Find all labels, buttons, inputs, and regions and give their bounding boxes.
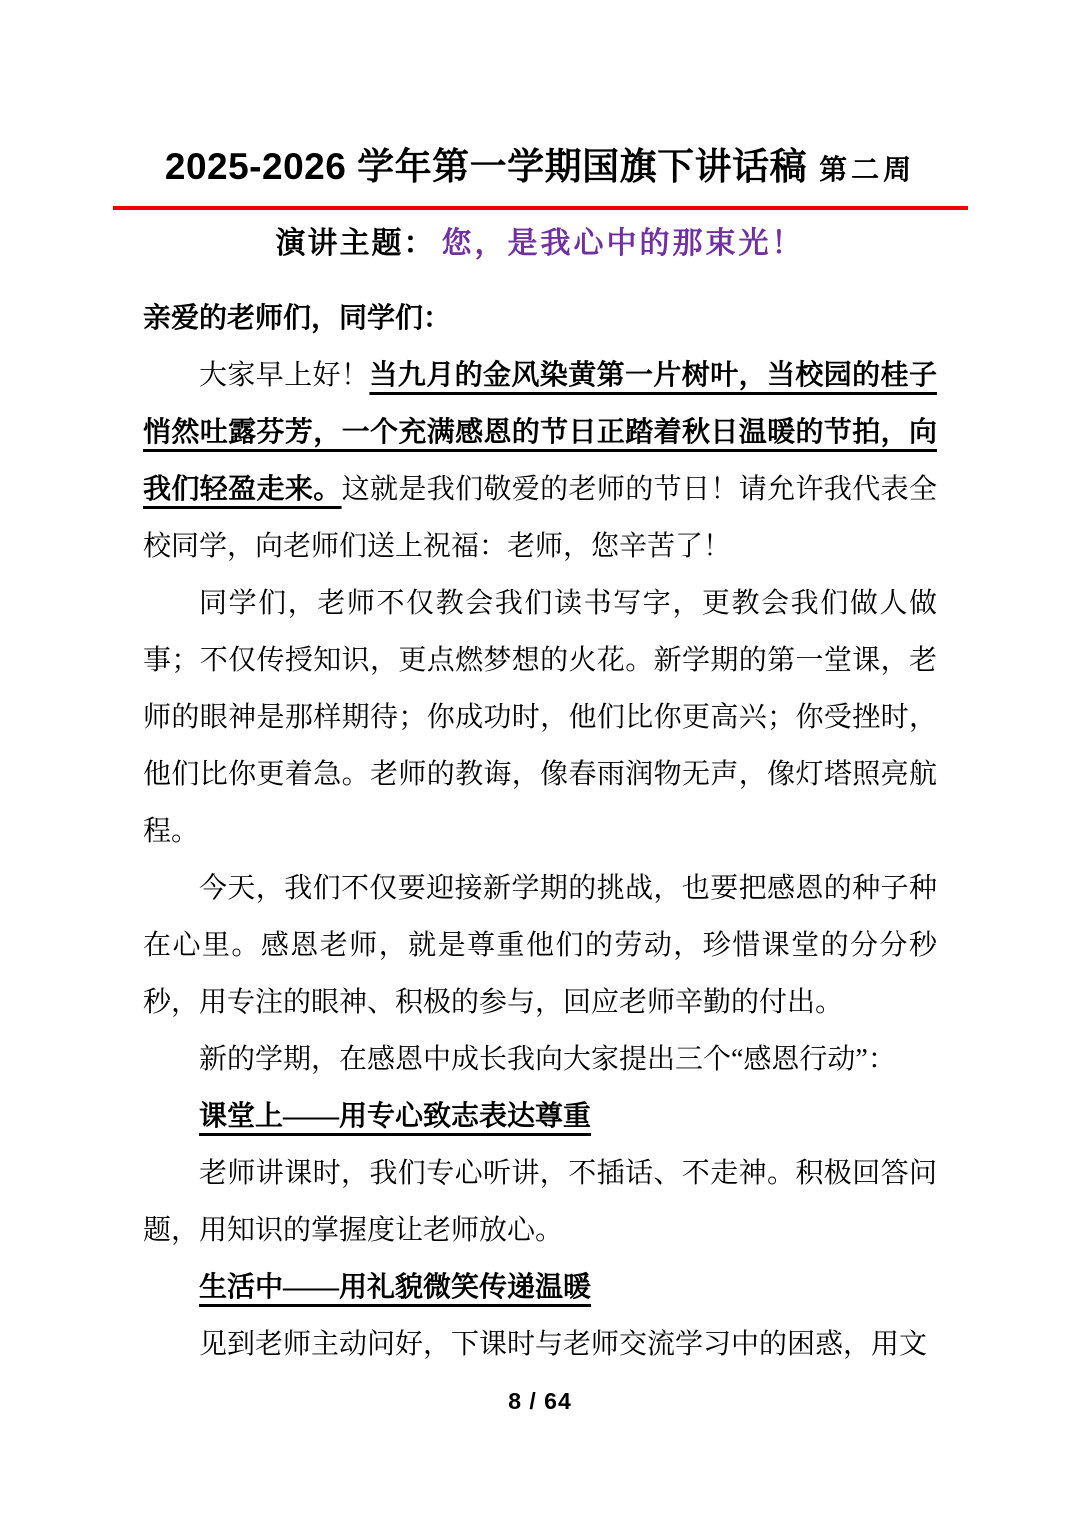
section-heading: 课堂上——用专心致志表达尊重 [143, 1088, 937, 1145]
body-paragraph: 同学们，老师不仅教会我们读书写字，更教会我们做人做事；不仅传授知识，更点燃梦想的… [143, 575, 937, 860]
section-heading: 生活中——用礼貌微笑传递温暖 [143, 1259, 937, 1316]
text-run: 老师讲课时，我们专心听讲，不插话、不走神。积极回答问题，用知识的掌握度让老师放心… [143, 1158, 937, 1246]
text-run: 大家早上好！ [199, 360, 369, 391]
body-paragraph: 新的学期，在感恩中成长我向大家提出三个“感恩行动”： [143, 1031, 937, 1088]
text-run: 同学们，老师不仅教会我们读书写字，更教会我们做人做事；不仅传授知识，更点燃梦想的… [143, 588, 937, 847]
body-paragraph: 见到老师主动问好，下课时与老师交流学习中的困惑，用文 [143, 1316, 937, 1373]
title-divider [113, 206, 968, 210]
body-paragraph: 老师讲课时，我们专心听讲，不插话、不走神。积极回答问题，用知识的掌握度让老师放心… [143, 1145, 937, 1259]
page-number: 8 / 64 [0, 1388, 1080, 1415]
document-title: 2025-2026 学年第一学期国旗下讲话稿第二周 [0, 143, 1080, 194]
speech-body: 亲爱的老师们，同学们：大家早上好！当九月的金风染黄第一片树叶，当校园的桂子悄然吐… [143, 290, 937, 1373]
salutation-line: 亲爱的老师们，同学们： [143, 290, 937, 347]
body-paragraph: 今天，我们不仅要迎接新学期的挑战，也要把感恩的种子种在心里。感恩老师，就是尊重他… [143, 860, 937, 1031]
theme-label: 演讲主题： [276, 227, 436, 260]
theme-text: 您，是我心中的那束光！ [442, 227, 805, 260]
text-run: 亲爱的老师们，同学们： [143, 303, 451, 334]
text-run: 课堂上——用专心致志表达尊重 [199, 1101, 591, 1132]
text-run: 见到老师主动问好，下课时与老师交流学习中的困惑，用文 [199, 1329, 927, 1360]
text-run: 新的学期，在感恩中成长我向大家提出三个“感恩行动”： [199, 1044, 896, 1075]
speech-theme-line: 演讲主题：您，是我心中的那束光！ [0, 222, 1080, 266]
document-page: 2025-2026 学年第一学期国旗下讲话稿第二周 演讲主题：您，是我心中的那束… [0, 0, 1080, 1527]
text-run: 生活中——用礼貌微笑传递温暖 [199, 1272, 591, 1303]
body-paragraph: 大家早上好！当九月的金风染黄第一片树叶，当校园的桂子悄然吐露芬芳，一个充满感恩的… [143, 347, 937, 575]
text-run: 今天，我们不仅要迎接新学期的挑战，也要把感恩的种子种在心里。感恩老师，就是尊重他… [143, 873, 937, 1018]
title-week-label: 第二周 [819, 154, 915, 185]
title-main: 2025-2026 学年第一学期国旗下讲话稿 [165, 146, 807, 187]
